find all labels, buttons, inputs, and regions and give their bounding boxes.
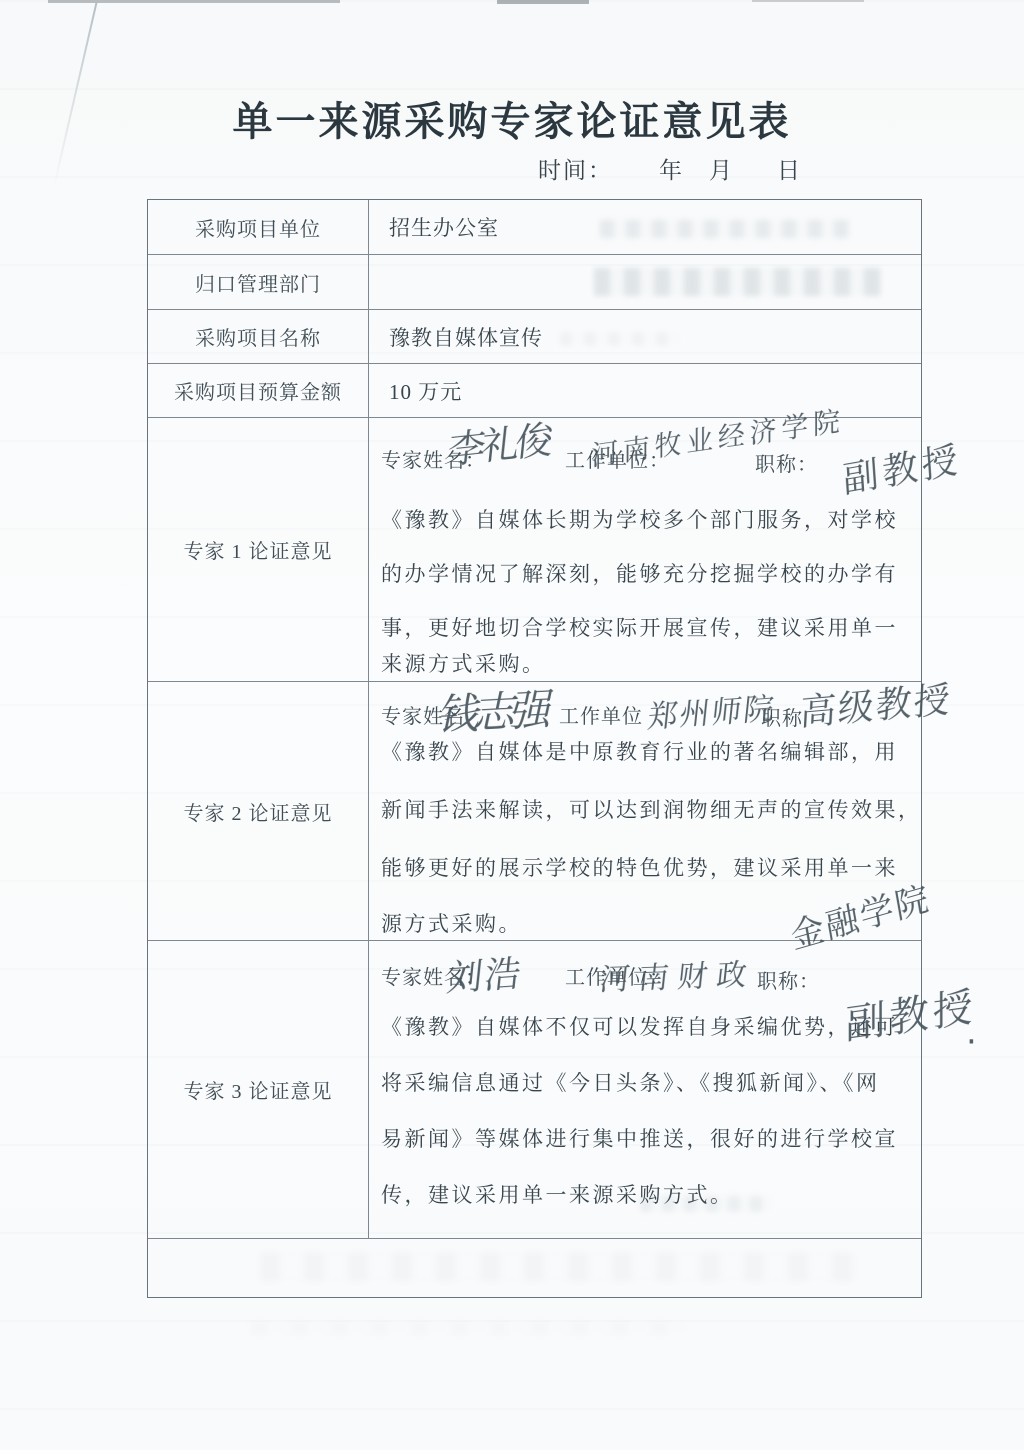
page-title: 单一来源采购专家论证意见表 bbox=[0, 90, 1024, 147]
opinion-line: 源方式采购。 bbox=[381, 908, 522, 938]
scan-edge-artifact bbox=[48, 0, 340, 3]
opinion-line: 能够更好的展示学校的特色优势，建议采用单一来 bbox=[381, 852, 898, 882]
opinion-line: 新闻手法来解读，可以达到润物细无声的宣传效果， bbox=[381, 794, 922, 824]
opinion-table: 采购项目单位 招生办公室 归口管理部门 采购项目名称 豫教自媒体宣传 采购项目预… bbox=[147, 199, 922, 1298]
row-label: 专家 3 论证意见 bbox=[148, 941, 369, 1238]
row-value: 招生办公室 bbox=[369, 200, 921, 254]
opinion-line: 传，建议采用单一来源采购方式。 bbox=[381, 1179, 734, 1209]
handwritten-expert3-unit: 河南财政 bbox=[598, 949, 759, 999]
opinion-line: 将采编信息通过《今日头条》、《搜狐新闻》、《网 bbox=[381, 1067, 880, 1097]
date-day-label: 日 bbox=[777, 152, 802, 185]
bleed-through-artifact bbox=[250, 1320, 690, 1336]
handwritten-expert2-name: 钱志强 bbox=[434, 677, 555, 743]
date-year-label: 年 bbox=[659, 152, 684, 185]
row-label: 采购项目预算金额 bbox=[148, 364, 369, 417]
expert-unit-label: 工作单位 bbox=[559, 700, 643, 729]
row-label: 专家 1 论证意见 bbox=[148, 418, 369, 681]
table-row-empty bbox=[148, 1239, 921, 1299]
scan-edge-artifact bbox=[752, 0, 864, 2]
handwritten-expert1-name: 李礼俊 bbox=[445, 408, 552, 475]
expert-title-label: 职称： bbox=[755, 448, 818, 477]
table-row-expert3-opinion: 专家 3 论证意见 专家姓名： 工作单位： 职称： 《豫教》自媒体不仅可以发挥自… bbox=[148, 941, 921, 1239]
row-label: 专家 2 论证意见 bbox=[148, 682, 369, 940]
opinion-line: 的办学情况了解深刻，能够充分挖掘学校的办学有 bbox=[381, 558, 898, 588]
opinion-line: 《豫教》自媒体长期为学校多个部门服务，对学校 bbox=[381, 504, 898, 534]
opinion-line: 易新闻》等媒体进行集中推送，很好的进行学校宣 bbox=[381, 1123, 898, 1153]
date-label: 时间： bbox=[538, 152, 613, 185]
handwritten-ink-dot: · bbox=[966, 1022, 977, 1062]
opinion-line: 来源方式采购。 bbox=[381, 648, 546, 678]
row-label: 采购项目名称 bbox=[148, 310, 369, 363]
table-row-project-unit: 采购项目单位 招生办公室 bbox=[148, 200, 921, 255]
row-value: 豫教自媒体宣传 bbox=[369, 310, 921, 363]
opinion-line: 事，更好地切合学校实际开展宣传，建议采用单一 bbox=[381, 612, 898, 642]
row-value bbox=[369, 255, 921, 309]
handwritten-expert3-name: 刘浩 bbox=[444, 945, 525, 1002]
row-label: 采购项目单位 bbox=[148, 200, 369, 254]
date-month-label: 月 bbox=[709, 152, 734, 185]
expert-title-label: 职称： bbox=[757, 965, 820, 994]
row-label: 归口管理部门 bbox=[148, 255, 369, 309]
scanned-document-page: 单一来源采购专家论证意见表 时间： 年 月 日 采购项目单位 招生办公室 归口管… bbox=[0, 0, 1024, 1450]
scan-edge-artifact bbox=[497, 0, 589, 4]
table-row-project-name: 采购项目名称 豫教自媒体宣传 bbox=[148, 310, 921, 364]
opinion-line: 《豫教》自媒体不仅可以发挥自身采编优势，还可 bbox=[381, 1011, 898, 1041]
handwritten-expert2-unit: 郑州师院 bbox=[646, 683, 778, 736]
table-row-managing-dept: 归口管理部门 bbox=[148, 255, 921, 310]
